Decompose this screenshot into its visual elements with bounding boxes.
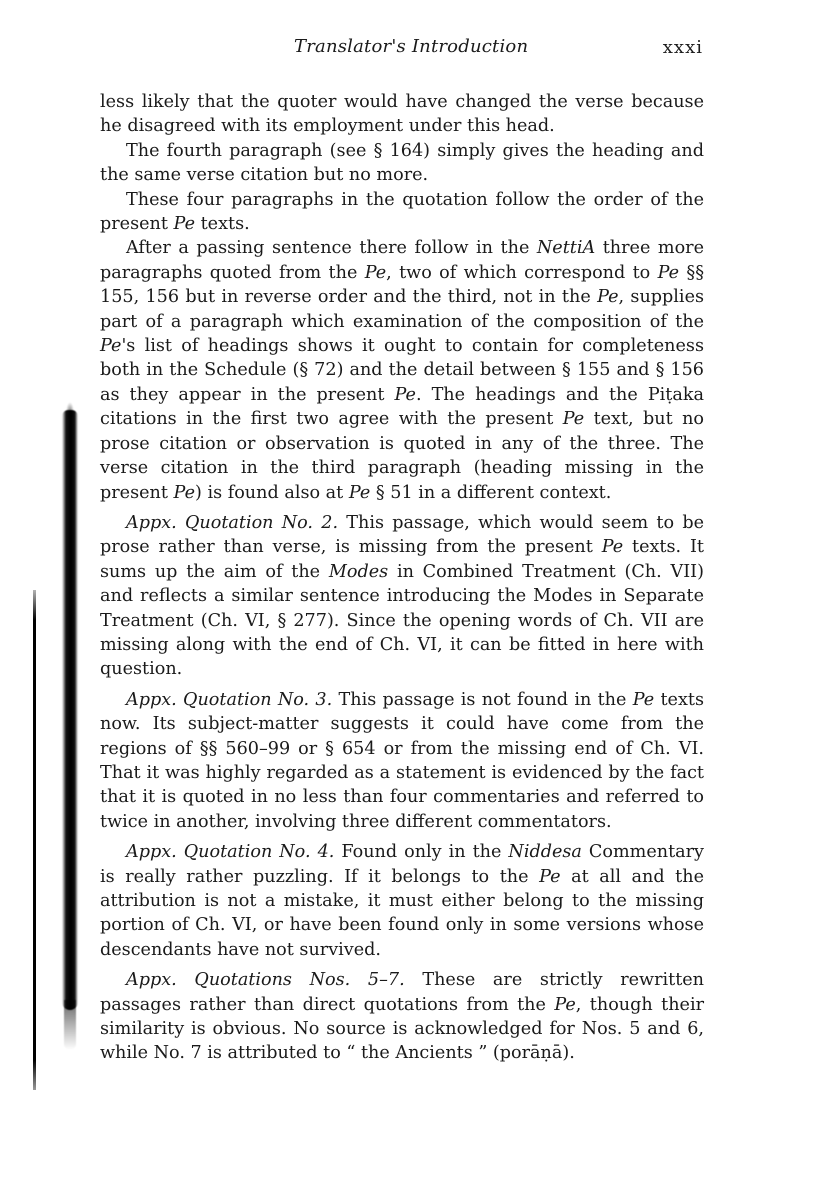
text-run: After a passing sentence there follow in…	[126, 238, 537, 258]
text-run: , two of which correspond to	[386, 263, 657, 283]
paragraph: Appx. Quotation No. 3. This passage is n…	[100, 688, 704, 834]
text-run: ) is found also at	[195, 483, 349, 503]
text-run: texts.	[195, 214, 250, 234]
italic-text: Appx. Quotation No. 4.	[126, 842, 334, 862]
italic-text: Pe	[658, 263, 679, 283]
text-run: The fourth paragraph (see § 164) simply …	[100, 141, 704, 185]
italic-text: Appx. Quotation No. 2.	[126, 513, 338, 533]
italic-text: Appx. Quotation No. 3.	[126, 690, 332, 710]
italic-text: Niddesa	[508, 842, 581, 862]
text-run: § 51 in a different context.	[370, 483, 611, 503]
text-run: Found only in the	[334, 842, 508, 862]
page-number: xxxi	[663, 37, 703, 58]
italic-text: Pe	[633, 690, 654, 710]
paragraph: Appx. Quotation No. 4. Found only in the…	[100, 840, 704, 962]
paragraph: Appx. Quotations Nos. 5–7. These are str…	[100, 968, 704, 1066]
scan-edge-line	[33, 590, 36, 1090]
binding-shadow	[62, 410, 78, 1010]
italic-text: Pe	[563, 409, 584, 429]
italic-text: Modes	[329, 562, 388, 582]
paragraph: less likely that the quoter would have c…	[100, 90, 704, 139]
italic-text: Appx. Quotations Nos. 5–7.	[126, 970, 405, 990]
italic-text: Pe	[174, 214, 195, 234]
italic-text: Pe	[602, 537, 623, 557]
running-head: Translator's Introduction xxxi	[0, 36, 831, 62]
body-text: less likely that the quoter would have c…	[100, 90, 704, 1066]
italic-text: Pe	[349, 483, 370, 503]
text-run: less likely that the quoter would have c…	[100, 92, 704, 136]
italic-text: Pe	[365, 263, 386, 283]
italic-text: Pe	[597, 287, 618, 307]
paragraph: The fourth paragraph (see § 164) simply …	[100, 139, 704, 188]
italic-text: Pe	[100, 336, 121, 356]
italic-text: Pe	[554, 995, 575, 1015]
italic-text: Pe	[394, 385, 415, 405]
book-page: Translator's Introduction xxxi less like…	[0, 0, 831, 1195]
italic-text: Pe	[174, 483, 195, 503]
paragraph: After a passing sentence there follow in…	[100, 236, 704, 504]
italic-text: NettiA	[537, 238, 595, 258]
text-run: This passage is not found in the	[332, 690, 633, 710]
paragraph: These four paragraphs in the quotation f…	[100, 188, 704, 237]
paragraph: Appx. Quotation No. 2. This passage, whi…	[100, 511, 704, 682]
text-run: texts now. Its subject-matter suggests i…	[100, 690, 704, 832]
running-head-title: Translator's Introduction	[294, 36, 528, 57]
italic-text: Pe	[539, 867, 560, 887]
